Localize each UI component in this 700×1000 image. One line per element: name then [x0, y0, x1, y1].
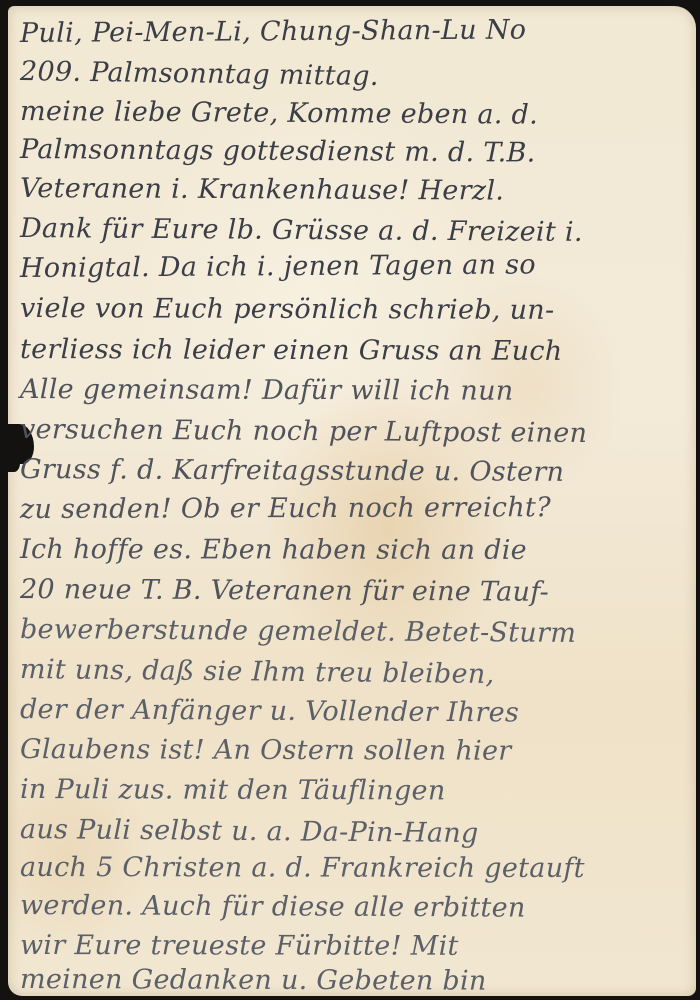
body-line: werden. Auch für diese alle erbitten — [20, 886, 526, 929]
salutation-line: meine liebe Grete, Komme eben a. d. — [20, 92, 538, 136]
body-line: viele von Euch persönlich schrieb, un- — [20, 289, 555, 331]
body-line: Palmsonntags gottesdienst m. d. T.B. — [20, 130, 536, 174]
body-line: auch 5 Christen a. d. Frankreich getauft — [20, 848, 585, 889]
body-line: der der Anfänger u. Vollender Ihres — [20, 690, 519, 733]
body-line: zu senden! Ob er Euch noch erreicht? — [20, 488, 551, 530]
address-line: Puli, Pei-Men-Li, Chung-Shan-Lu No — [20, 10, 527, 54]
body-line: Glaubens ist! An Ostern sollen hier — [20, 730, 512, 772]
body-line: terliess ich leider einen Gruss an Euch — [20, 330, 563, 372]
body-line: Gruss f. d. Karfreitagsstunde u. Ostern — [20, 450, 564, 493]
paper-tear-small — [8, 454, 20, 472]
date-line: 209. Palmsonntag mittag. — [20, 52, 379, 97]
body-line: Ich hoffe es. Eben haben sich an die — [20, 530, 527, 571]
body-line: 20 neue T. B. Veteranen für eine Tauf- — [20, 570, 549, 613]
body-line: Veteranen i. Krankenhause! Herzl. — [20, 169, 504, 212]
body-line: Alle gemeinsam! Dafür will ich nun — [20, 370, 514, 412]
body-line: in Puli zus. mit den Täuflingen — [20, 770, 446, 811]
body-line: versuchen Euch noch per Luftpost einen — [20, 410, 588, 454]
body-line: mit uns, daß sie Ihm treu bleiben, — [20, 650, 495, 695]
body-line: bewerberstunde gemeldet. Betet-Sturm — [20, 610, 576, 654]
letter-paper: Puli, Pei-Men-Li, Chung-Shan-Lu No 209. … — [8, 6, 696, 996]
body-line: meinen Gedanken u. Gebeten bin — [20, 960, 487, 1000]
body-line: Honigtal. Da ich i. jenen Tagen an so — [20, 245, 536, 289]
